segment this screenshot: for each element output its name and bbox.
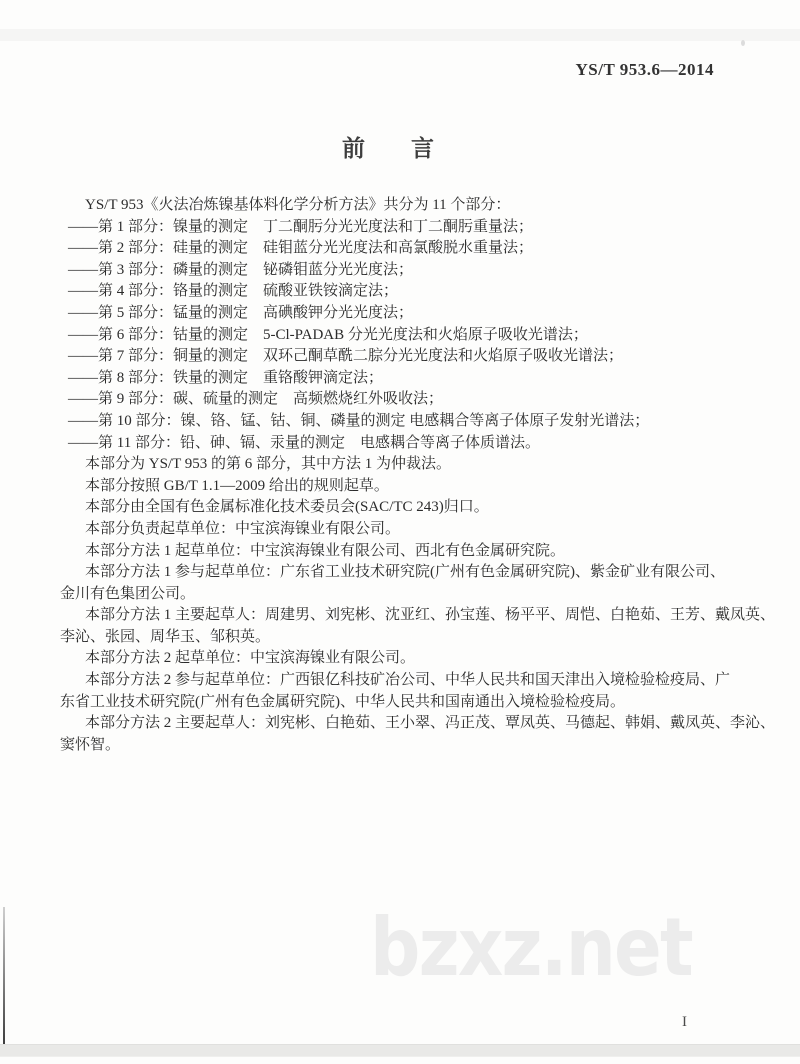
watermark: bzxz.net <box>370 901 692 994</box>
text-line: ——第 7 部分：铜量的测定 双环己酮草酰二腙分光光度法和火焰原子吸收光谱法； <box>60 346 760 368</box>
text-line: ——第 9 部分：碳、硫量的测定 高频燃烧红外吸收法； <box>60 389 760 411</box>
text-line: 东省工业技术研究院(广州有色金属研究院)、中华人民共和国南通出入境检验检疫局。 <box>60 692 760 714</box>
text-line: ——第 5 部分：锰量的测定 高碘酸钾分光光度法； <box>60 303 760 325</box>
text-line: 本部分为 YS/T 953 的第 6 部分，其中方法 1 为仲裁法。 <box>60 454 760 476</box>
text-line: ——第 10 部分：镍、铬、锰、钴、铜、磷量的测定 电感耦合等离子体原子发射光谱… <box>60 411 760 433</box>
text-line: 本部分方法 2 参与起草单位：广西银亿科技矿冶公司、中华人民共和国天津出入境检验… <box>60 670 760 692</box>
text-line: ——第 4 部分：铬量的测定 硫酸亚铁铵滴定法； <box>60 281 760 303</box>
scan-artifact-top-band <box>0 29 800 41</box>
text-line: YS/T 953《火法冶炼镍基体料化学分析方法》共分为 11 个部分： <box>60 195 760 217</box>
text-line: 窦怀智。 <box>60 735 760 757</box>
text-line: ——第 6 部分：钴量的测定 5-Cl-PADAB 分光光度法和火焰原子吸收光谱… <box>60 325 760 347</box>
document-page: YS/T 953.6—2014 前 言 YS/T 953《火法冶炼镍基体料化学分… <box>0 0 800 1064</box>
text-line: ——第 1 部分：镍量的测定 丁二酮肟分光光度法和丁二酮肟重量法； <box>60 217 760 239</box>
text-line: 本部分方法 2 主要起草人：刘宪彬、白艳茹、王小翠、冯正茂、覃凤英、马德起、韩娟… <box>60 713 760 735</box>
text-line: 本部分按照 GB/T 1.1—2009 给出的规则起草。 <box>60 476 760 498</box>
text-line: 本部分负责起草单位：中宝滨海镍业有限公司。 <box>60 519 760 541</box>
scan-speck <box>741 40 745 46</box>
text-line: ——第 11 部分：铅、砷、镉、汞量的测定 电感耦合等离子体质谱法。 <box>60 433 760 455</box>
text-line: 本部分方法 1 起草单位：中宝滨海镍业有限公司、西北有色金属研究院。 <box>60 541 760 563</box>
scan-artifact-bottom-band <box>0 1044 800 1057</box>
scan-artifact-edge-line <box>3 907 5 1045</box>
standard-number: YS/T 953.6—2014 <box>576 60 715 80</box>
page-number: I <box>682 1014 687 1031</box>
text-line: 李沁、张园、周华玉、邹积英。 <box>60 627 760 649</box>
text-line: 本部分方法 2 起草单位：中宝滨海镍业有限公司。 <box>60 648 760 670</box>
text-line: 金川有色集团公司。 <box>60 584 760 606</box>
foreword-title: 前 言 <box>342 130 434 163</box>
text-line: 本部分由全国有色金属标准化技术委员会(SAC/TC 243)归口。 <box>60 497 760 519</box>
text-line: 本部分方法 1 参与起草单位：广东省工业技术研究院(广州有色金属研究院)、紫金矿… <box>60 562 760 584</box>
text-line: ——第 3 部分：磷量的测定 铋磷钼蓝分光光度法； <box>60 260 760 282</box>
text-line: 本部分方法 1 主要起草人：周建男、刘宪彬、沈亚红、孙宝莲、杨平平、周恺、白艳茹… <box>60 605 760 627</box>
text-line: ——第 2 部分：硅量的测定 硅钼蓝分光光度法和高氯酸脱水重量法； <box>60 238 760 260</box>
text-line: ——第 8 部分：铁量的测定 重铬酸钾滴定法； <box>60 368 760 390</box>
foreword-body: YS/T 953《火法冶炼镍基体料化学分析方法》共分为 11 个部分：——第 1… <box>60 195 760 756</box>
